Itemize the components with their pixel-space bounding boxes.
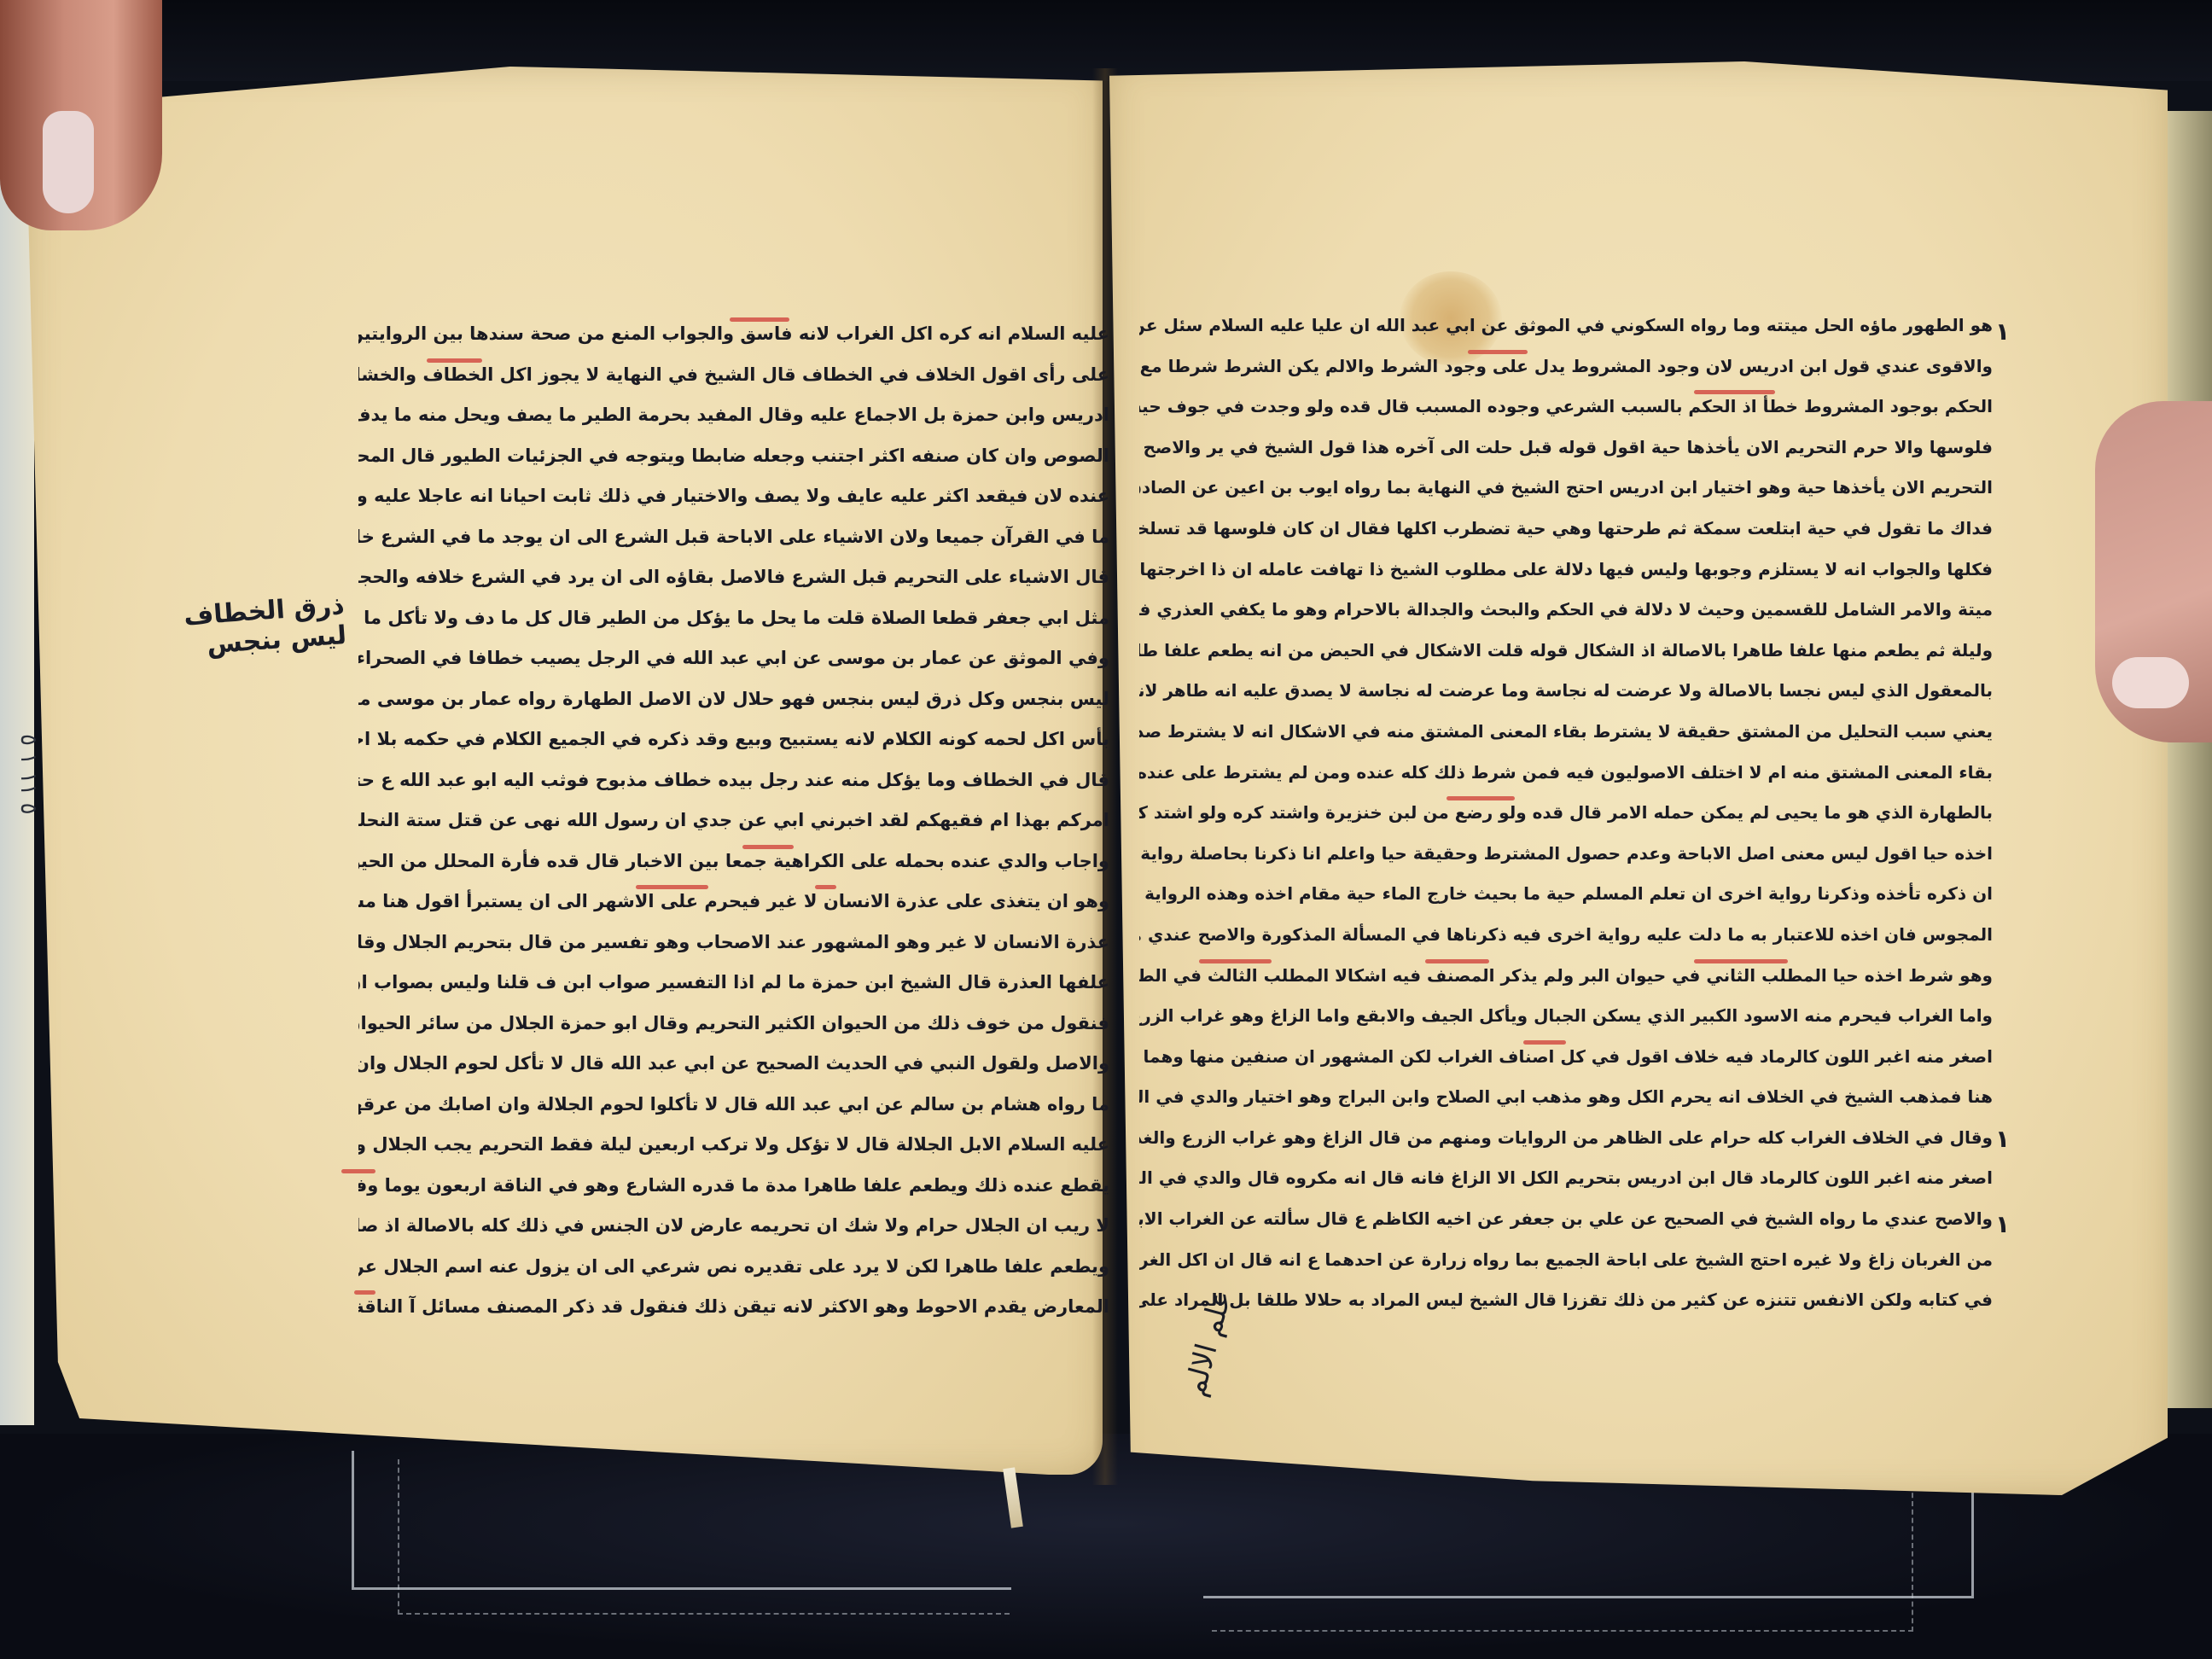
- manuscript-line: ما رواه هشام بن سالم عن ابي عبد الله قال…: [358, 1085, 1109, 1126]
- manuscript-line: اخذه حيا اقول ليس معنى اصل الاباحة وعدم …: [1139, 834, 1993, 875]
- rubrication-overline: [730, 317, 789, 322]
- manuscript-line: الحكم بوجود المشروط خطأ اذ الحكم بالسبب …: [1139, 387, 1993, 428]
- manuscript-line: هو الطهور ماؤه الحل ميتته وما رواه السكو…: [1139, 306, 1993, 346]
- verse-marker-3: ١: [1995, 1210, 2010, 1238]
- thumbnail-right: [2112, 657, 2189, 708]
- manuscript-line: امركم بهذا ام فقيهكم لقد اخبرني ابي عن ج…: [358, 800, 1109, 841]
- manuscript-line: ما في القرآن جميعا ولان الاشياء على الاب…: [358, 517, 1109, 558]
- manuscript-line: قال الاشياء على التحريم قبل الشرع فالاصل…: [358, 557, 1109, 598]
- manuscript-line: بأس اكل لحمه كونه الكلام لانه يستبيح وبي…: [358, 719, 1109, 760]
- manuscript-line: المعارض يقدم الاحوط وهو الاكثر لانه تيقن…: [358, 1287, 1109, 1328]
- rubrication-overline: [354, 1290, 375, 1295]
- manuscript-line: فداك ما تقول في حية ابتلعت سمكة ثم طرحته…: [1139, 509, 1993, 550]
- manuscript-line: عنده لان فيقعد اكثر عليه عايف ولا يصف وا…: [358, 476, 1109, 517]
- manuscript-line: هنا فمذهب الشيخ في الخلاف انه يحرم الكل …: [1139, 1077, 1993, 1118]
- manuscript-line: يقطع عنده ذلك ويطعم علفا طاهرا مدة ما قد…: [358, 1166, 1109, 1207]
- edge-marks: ٥ ١١ ١ ٥: [15, 734, 41, 815]
- manuscript-line: يعني سبب التحليل من المشتق حقيقة لا يشتر…: [1139, 712, 1993, 753]
- manuscript-line: علفها العذرة قال الشيخ ابن حمزة ما لم اذ…: [358, 963, 1109, 1004]
- manuscript-line: ويطعم علفا طاهرا لكن لا يرد على تقديره ن…: [358, 1247, 1109, 1288]
- left-page-text-block: عليه السلام انه كره اكل الغراب لانه فاسق…: [358, 314, 1109, 1330]
- rubrication-overline: [1199, 959, 1272, 963]
- manuscript-line: ميتة والامر الشامل للقسمين وحيث لا دلالة…: [1139, 590, 1993, 631]
- manuscript-line: الصوص وان كان صنفه اكثر اجتنب وجعله ضابط…: [358, 436, 1109, 477]
- manuscript-line: اصغر منه اغبر اللون كالرماد فيه خلاف اقو…: [1139, 1037, 1993, 1078]
- rubrication-overline: [1694, 959, 1788, 963]
- rubrication-overline: [1468, 350, 1528, 354]
- manuscript-line: ادريس وابن حمزة بل الاجماع عليه وقال الم…: [358, 395, 1109, 436]
- manuscript-line: بالمعقول الذي ليس نجسا بالاصالة ولا عرضت…: [1139, 671, 1993, 712]
- manuscript-line: عليه السلام الابل الجلالة قال لا تؤكل ول…: [358, 1125, 1109, 1166]
- manuscript-line: في كتابه ولكن الانفس تتنزه عن كثير من ذل…: [1139, 1280, 1993, 1321]
- manuscript-line: واما الغراب فيحرم منه الاسود الكبير الذي…: [1139, 996, 1993, 1037]
- manuscript-line: لا ريب ان الجلال حرام ولا شك ان تحريمه ع…: [358, 1206, 1109, 1247]
- manuscript-line: المجوس فان اخذه للاعتبار به ما دلت عليه …: [1139, 915, 1993, 956]
- manuscript-line: قال في الخطاف وما يؤكل منه عند رجل بيده …: [358, 760, 1109, 801]
- rubrication-overline: [742, 845, 794, 849]
- left-hand-thumb: [0, 0, 162, 230]
- rubrication-overline: [1447, 796, 1515, 800]
- manuscript-line: بقاء المعنى المشتق منه ام لا اختلف الاصو…: [1139, 753, 1993, 794]
- manuscript-line: التحريم الان يأخذها حية وهو اختيار ابن ا…: [1139, 468, 1993, 509]
- rubrication-overline: [636, 885, 708, 889]
- manuscript-line: عذرة الانسان لا غير وهو المشهور عند الاص…: [358, 923, 1109, 963]
- manuscript-line: ان ذكره تأخذه وذكرنا رواية اخرى ان تعلم …: [1139, 874, 1993, 915]
- manuscript-line: وفي الموثق عن عمار بن موسى عن ابي عبد ال…: [358, 638, 1109, 679]
- manuscript-line: ليس بنجس وكل ذرق ليس بنجس فهو حلال لان ا…: [358, 679, 1109, 720]
- verse-marker-2: ١: [1995, 1125, 2010, 1153]
- manuscript-line: وقال في الخلاف الغراب كله حرام على الظاه…: [1139, 1118, 1993, 1159]
- verse-marker-1: ١: [1995, 317, 2010, 346]
- manuscript-line: اصغر منه اغبر اللون كالرماد قال ابن ادري…: [1139, 1158, 1993, 1199]
- manuscript-line: من الغربان زاغ ولا غيره احتج الشيخ على ا…: [1139, 1240, 1993, 1281]
- manuscript-line: والاقوى عندي قول ابن ادريس لان وجود المش…: [1139, 346, 1993, 387]
- manuscript-line: فنقول من خوف ذلك من الحيوان الكثير التحر…: [358, 1004, 1109, 1045]
- right-hand-thumb: [2095, 401, 2212, 742]
- rubrication-overline: [427, 358, 482, 363]
- thumbnail-left: [43, 111, 94, 213]
- cradle-outline-left-inner: [398, 1459, 1010, 1615]
- rubrication-overline: [341, 1169, 375, 1173]
- manuscript-line: والاصل ولقول النبي في الحديث الصحيح عن ا…: [358, 1044, 1109, 1085]
- manuscript-line: وهو ان يتغذى على عذرة الانسان لا غير فيح…: [358, 882, 1109, 923]
- manuscript-line: والاصح عندي ما رواه الشيخ في الصحيح عن ع…: [1139, 1199, 1993, 1240]
- rubrication-overline: [1523, 1040, 1566, 1045]
- rubrication-overline: [1694, 390, 1775, 394]
- rubrication-overline: [1425, 959, 1489, 963]
- manuscript-line: فكلها والجواب انه لا يستلزم وجوبها وليس …: [1139, 550, 1993, 591]
- manuscript-line: فلوسها والا حرم التحريم الان يأخذها حية …: [1139, 428, 1993, 469]
- rubrication-overline: [815, 885, 836, 889]
- manuscript-line: مثل ابي جعفر قطعا الصلاة قلت ما يحل ما ي…: [358, 598, 1109, 639]
- right-page-text-block: هو الطهور ماؤه الحل ميتته وما رواه السكو…: [1139, 306, 1993, 1321]
- manuscript-line: واجاب والدي عنده بحمله على الكراهية جمعا…: [358, 841, 1109, 882]
- manuscript-line: بالطهارة الذي هو ما يحيى لم يمكن حمله ال…: [1139, 793, 1993, 834]
- manuscript-line: وليلة ثم يطعم منها علفا طاهرا بالاصالة ا…: [1139, 631, 1993, 672]
